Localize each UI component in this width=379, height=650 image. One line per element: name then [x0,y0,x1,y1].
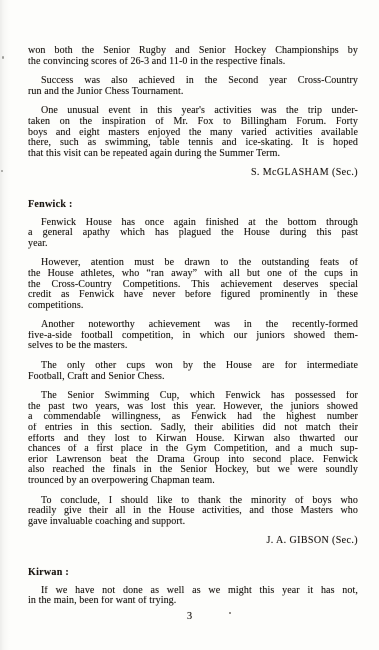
text-line: gave invaluable coaching and support. [28,517,358,528]
text-line: selves to be the masters. [28,341,358,352]
text-line: the House athletes, who “ran away” with … [28,269,358,280]
text-line: The only other cups won by the House are… [28,361,358,372]
text-line: Football, Craft and Senior Chess. [28,372,358,383]
signature-gibson: J. A. GIBSON (Sec.) [28,536,358,547]
text-line: Fenwick House has once again finished at… [28,218,358,229]
text-line: of entries in this section. Sadly, their… [28,423,358,434]
text-line: However, atention must be drawn to the o… [28,258,358,269]
text-line: a general apathy which has plagued the H… [28,228,358,239]
paragraph-swimming-cup: The Senior Swimming Cup, which Fenwick h… [28,391,358,486]
text-line: taken on the inspiration of Mr. Fox to B… [28,117,358,128]
text-line: that this visit can be repeated again du… [28,149,358,160]
page-number: 3 [0,611,379,622]
paragraph-five-a-side: Another noteworthy achievement was in th… [28,320,358,352]
paragraph-conclusion: To conclude, I should like to thank the … [28,496,358,528]
text-line: The Senior Swimming Cup, which Fenwick h… [28,391,358,402]
text-line: readily give their all in the House acti… [28,506,358,517]
text-line: One unusual event in this year's activit… [28,106,358,117]
text-line: year. [28,239,358,250]
scan-speck [1,170,3,172]
text-line: boys and eight masters enjoyed the many … [28,128,358,139]
signature-mcglasham: S. McGLASHAM (Sec.) [28,168,358,179]
text-line: Success was also achieved in the Second … [28,76,358,87]
text-line: Another noteworthy achievement was in th… [28,320,358,331]
text-line: erior Lawrenson beat the Drama Group int… [28,455,358,466]
scan-speck [2,56,4,59]
paragraph-kirwan-intro: If we have not done as well as we might … [28,586,358,607]
text-line: run and the Junior Chess Tournament. [28,87,358,98]
text-line: there, such as swimming, table tennis an… [28,138,358,149]
text-line: five-a-side football competition, in whi… [28,331,358,342]
text-line: the Cross-Country Competitions. This ach… [28,280,358,291]
paragraph-continuation: won both the Senior Rugby and Senior Hoc… [28,46,358,67]
scan-speck [229,612,231,614]
page-content: won both the Senior Rugby and Senior Hoc… [28,46,358,616]
scanned-page: won both the Senior Rugby and Senior Hoc… [0,0,379,650]
text-line: competitions. [28,301,358,312]
text-line: the past two years, was lost this year. … [28,402,358,413]
text-line: also reached the finals in the Senior Ho… [28,465,358,476]
text-line: trounced by an overpowering Chapman team… [28,476,358,487]
text-line: in the main, been for want of trying. [28,596,358,607]
section-heading-fenwick: Fenwick : [28,200,358,211]
text-line: To conclude, I should like to thank the … [28,496,358,507]
text-line: If we have not done as well as we might … [28,586,358,597]
section-heading-kirwan: Kirwan : [28,568,358,579]
text-line: chances of a first place in the Gym Comp… [28,444,358,455]
paragraph-trip: One unusual event in this year's activit… [28,106,358,159]
text-line: won both the Senior Rugby and Senior Hoc… [28,46,358,57]
paragraph-other-cups: The only other cups won by the House are… [28,361,358,382]
text-line: the convincing scores of 26-3 and 11-0 i… [28,57,358,68]
paragraph-athletes: However, atention must be drawn to the o… [28,258,358,311]
paragraph-fenwick-bottom: Fenwick House has once again finished at… [28,218,358,250]
text-line: efforts and they lost to Kirwan House. K… [28,434,358,445]
text-line: a commendable willingness, as Fenwick ha… [28,412,358,423]
paragraph-success: Success was also achieved in the Second … [28,76,358,97]
text-line: credit as Fenwick have never before figu… [28,290,358,301]
